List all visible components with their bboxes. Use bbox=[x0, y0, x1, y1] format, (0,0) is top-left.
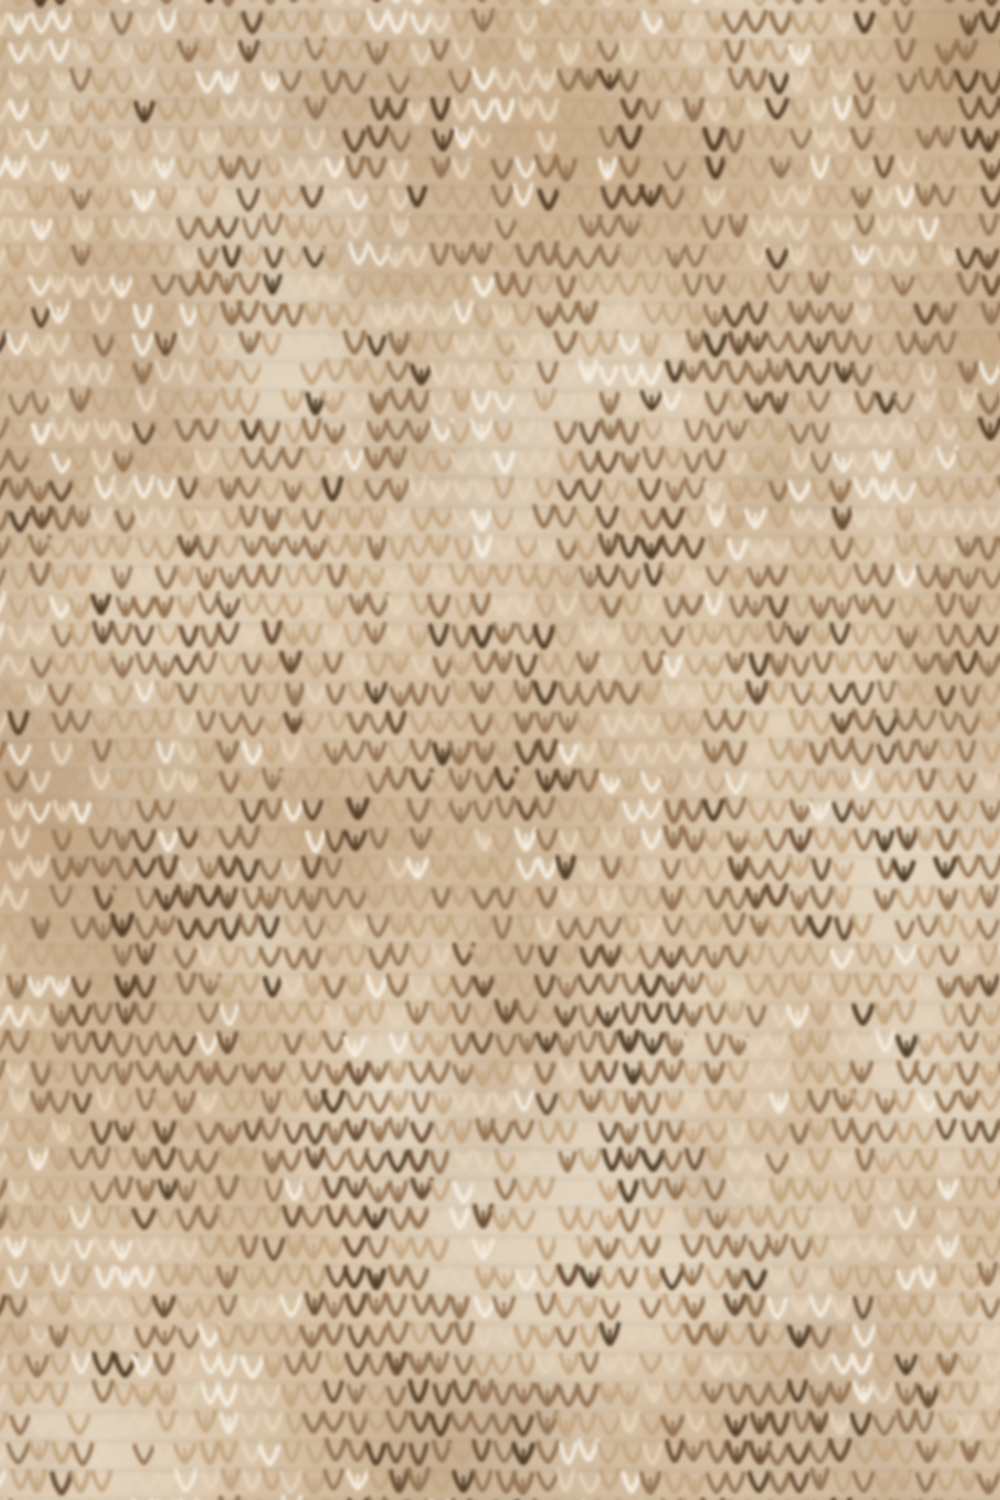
knit-fabric-photo bbox=[0, 0, 1000, 1500]
knit-texture-canvas bbox=[0, 0, 1000, 1500]
